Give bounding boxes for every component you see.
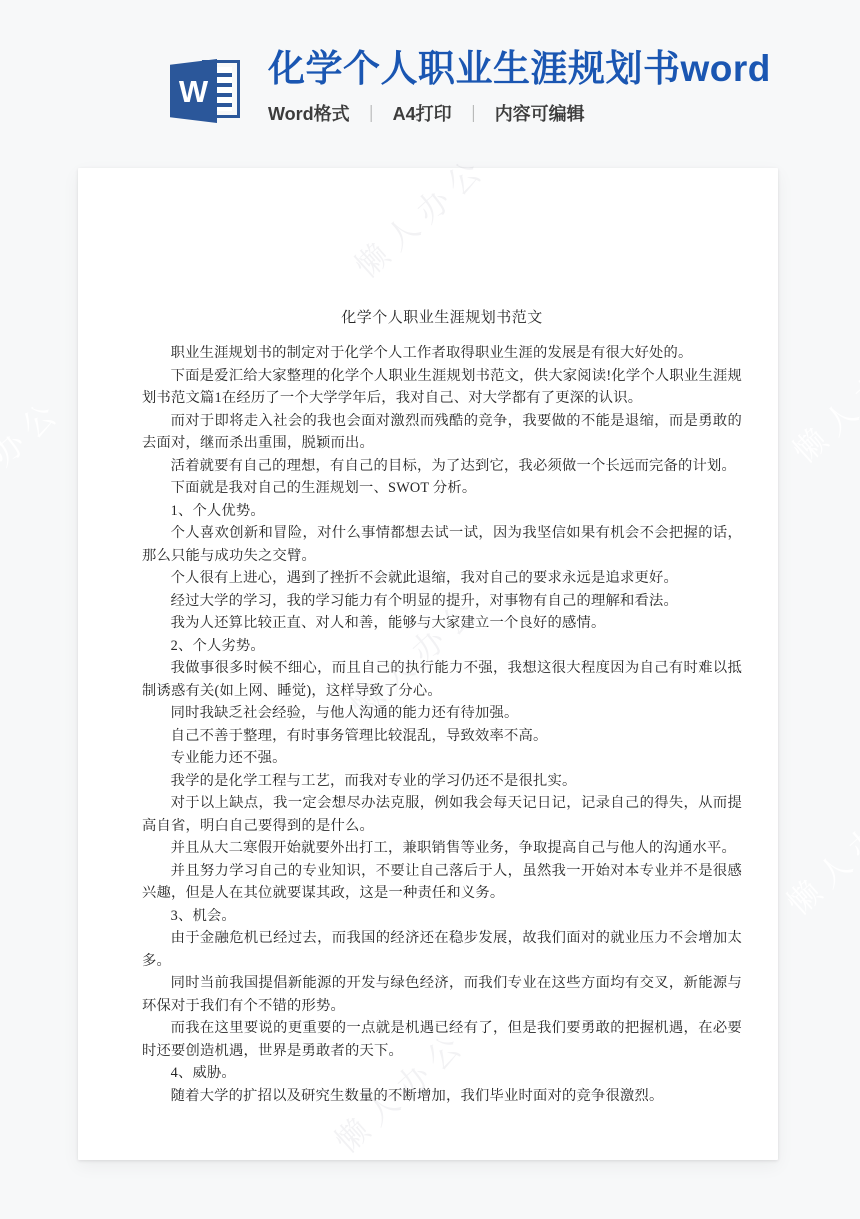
header: 化学个人职业生涯规划书word Word格式｜A4打印｜内容可编辑 xyxy=(268,48,771,126)
document-paragraph: 职业生涯规划书的制定对于化学个人工作者取得职业生涯的发展是有很大好处的。 xyxy=(142,342,742,365)
document-paragraph: 并且从大二寒假开始就要外出打工，兼职销售等业务，争取提高自己与他人的沟通水平。 xyxy=(142,837,742,860)
watermark: 懒人办公 xyxy=(0,386,71,530)
feature-a4-print: A4打印 xyxy=(393,104,452,124)
document-paragraph: 3、机会。 xyxy=(142,905,742,928)
document-title: 化学个人职业生涯规划书范文 xyxy=(142,307,742,330)
document-paragraph: 对于以上缺点，我一定会想尽办法克服，例如我会每天记日记，记录自己的得失，从而提高… xyxy=(142,792,742,837)
document-paragraph: 我做事很多时候不细心，而且自己的执行能力不强，我想这很大程度因为自己有时难以抵制… xyxy=(142,657,742,702)
word-file-icon: W xyxy=(170,56,242,126)
document-paragraph: 2、个人劣势。 xyxy=(142,635,742,658)
document-paragraph: 下面就是我对自己的生涯规划一、SWOT 分析。 xyxy=(142,477,742,500)
feature-word-format: Word格式 xyxy=(268,104,350,124)
word-icon-cover: W xyxy=(170,59,217,123)
page-title: 化学个人职业生涯规划书word xyxy=(268,48,771,91)
document-paragraph: 同时当前我国提倡新能源的开发与绿色经济，而我们专业在这些方面均有交叉，新能源与环… xyxy=(142,972,742,1017)
document-paragraph: 经过大学的学习，我的学习能力有个明显的提升，对事物有自己的理解和看法。 xyxy=(142,590,742,613)
word-icon-letter: W xyxy=(179,76,208,107)
separator: ｜ xyxy=(363,105,380,124)
document-paragraph: 随着大学的扩招以及研究生数量的不断增加，我们毕业时面对的竞争很激烈。 xyxy=(142,1085,742,1108)
document-paragraph: 4、威胁。 xyxy=(142,1062,742,1085)
document-paragraph: 活着就要有自己的理想，有自己的目标，为了达到它，我必须做一个长远而完备的计划。 xyxy=(142,455,742,478)
document-paragraph: 下面是爱汇给大家整理的化学个人职业生涯规划书范文，供大家阅读!化学个人职业生涯规… xyxy=(142,365,742,410)
separator: ｜ xyxy=(465,105,482,124)
document-paragraph: 同时我缺乏社会经验，与他人沟通的能力还有待加强。 xyxy=(142,702,742,725)
document-paragraph: 自己不善于整理，有时事务管理比较混乱，导致效率不高。 xyxy=(142,725,742,748)
page-canvas: 懒人办公 懒人办公 懒人办公 W 化学个人职业生涯规划书word Word格式｜… xyxy=(0,0,860,1219)
watermark: 懒人办公 xyxy=(776,780,860,924)
document-body: 职业生涯规划书的制定对于化学个人工作者取得职业生涯的发展是有很大好处的。下面是爱… xyxy=(142,342,742,1107)
document-paragraph: 由于金融危机已经过去，而我国的经济还在稳步发展，故我们面对的就业压力不会增加太多… xyxy=(142,927,742,972)
document-preview-page: 化学个人职业生涯规划书范文 职业生涯规划书的制定对于化学个人工作者取得职业生涯的… xyxy=(78,168,778,1160)
document-paragraph: 我为人还算比较正直、对人和善，能够与大家建立一个良好的感情。 xyxy=(142,612,742,635)
document-paragraph: 我学的是化学工程与工艺，而我对专业的学习仍还不是很扎实。 xyxy=(142,770,742,793)
document-paragraph: 并且努力学习自己的专业知识，不要让自己落后于人，虽然我一开始对本专业并不是很感兴… xyxy=(142,860,742,905)
document-features: Word格式｜A4打印｜内容可编辑 xyxy=(268,100,771,126)
document-paragraph: 专业能力还不强。 xyxy=(142,747,742,770)
document-paragraph: 1、个人优势。 xyxy=(142,500,742,523)
document-paragraph: 个人喜欢创新和冒险，对什么事情都想去试一试，因为我坚信如果有机会不会把握的话，那… xyxy=(142,522,742,567)
document-paragraph: 而对于即将走入社会的我也会面对激烈而残酷的竞争，我要做的不能是退缩，而是勇敢的去… xyxy=(142,410,742,455)
feature-editable: 内容可编辑 xyxy=(495,104,585,124)
document-paragraph: 个人很有上进心，遇到了挫折不会就此退缩，我对自己的要求永远是追求更好。 xyxy=(142,567,742,590)
document-paragraph: 而我在这里要说的更重要的一点就是机遇已经有了，但是我们要勇敢的把握机遇，在必要时… xyxy=(142,1017,742,1062)
watermark: 懒人办公 xyxy=(782,328,860,472)
